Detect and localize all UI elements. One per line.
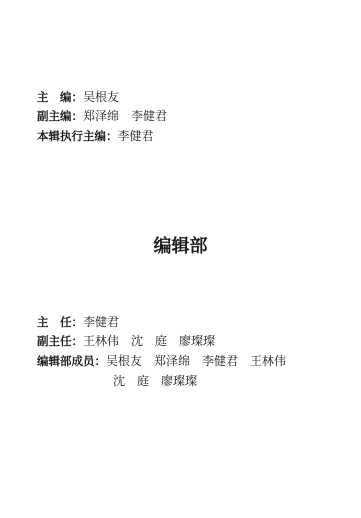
department-title: 编辑部 [0,232,361,258]
deputy-director-line: 副主任：王林伟 沈 庭 廖璨璨 [37,334,215,348]
director-line: 主 任：李健君 [37,315,119,329]
members-names-line2: 沈 庭 廖璨璨 [113,374,197,388]
director-names: 李健君 [83,315,119,329]
executive-editor-line: 本辑执行主编：李健君 [37,129,154,143]
deputy-director-label: 副主任： [37,334,83,348]
deputy-editor-names: 郑泽绵 李健君 [83,109,167,123]
chief-editor-names: 吴根友 [83,90,119,104]
director-label: 主 任： [37,315,83,329]
members-names-line1: 吴根友 郑泽绵 李健君 王林伟 [106,354,286,368]
members-line-2: 沈 庭 廖璨璨 [113,374,197,388]
deputy-editor-line: 副主编：郑泽绵 李健君 [37,109,167,123]
deputy-director-names: 王林伟 沈 庭 廖璨璨 [83,334,215,348]
members-label: 编辑部成员： [37,354,106,368]
executive-editor-label: 本辑执行主编： [37,129,118,143]
chief-editor-line: 主 编：吴根友 [37,90,119,104]
chief-editor-label: 主 编： [37,90,83,104]
deputy-editor-label: 副主编： [37,109,83,123]
executive-editor-names: 李健君 [118,129,154,143]
members-line: 编辑部成员：吴根友 郑泽绵 李健君 王林伟 [37,354,286,368]
